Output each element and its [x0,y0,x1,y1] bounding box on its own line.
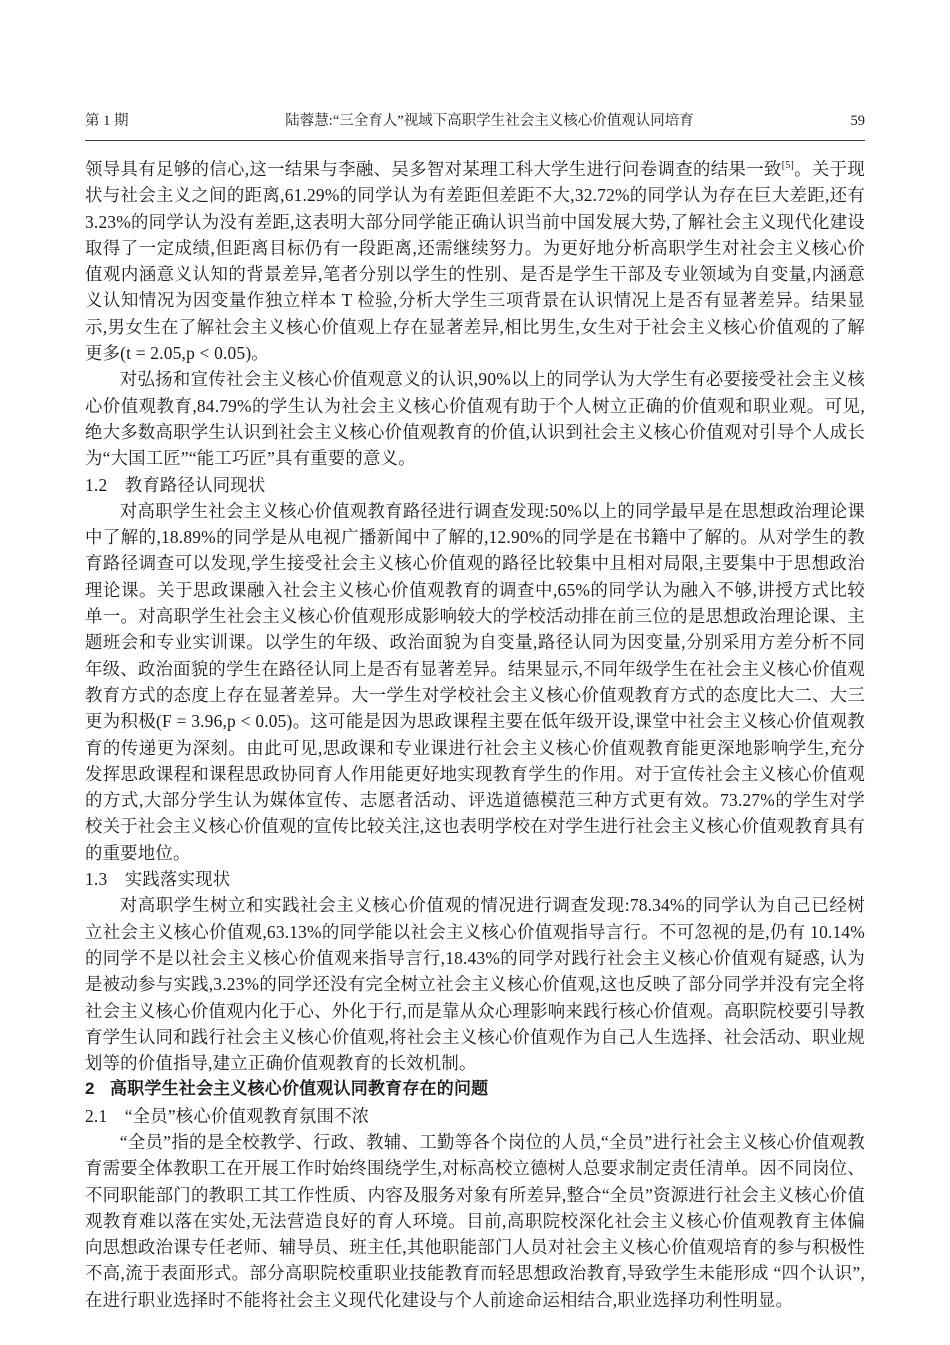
body-paragraph: 对弘扬和宣传社会主义核心价值观意义的认识,90%以上的同学认为大学生有必要接受社… [85,366,865,471]
running-head: 第 1 期 陆蓉慧:“三全育人”视域下高职学生社会主义核心价值观认同培育 59 [85,112,865,141]
section-number: 2.1 [85,1106,107,1126]
paragraph-text: 。关于现状与社会主义之间的距离,61.29%的同学认为有差距但差距不大,32.7… [85,159,865,363]
page-number: 59 [851,112,866,130]
section-title: 教育路径认同现状 [125,475,266,495]
section-number: 1.2 [85,475,107,495]
section-number: 2 [85,1079,95,1098]
section-title: “全员”核心价值观教育氛围不浓 [125,1106,370,1126]
body-paragraph: “全员”指的是全校教学、行政、教辅、工勤等各个岗位的人员,“全员”进行社会主义核… [85,1129,865,1313]
body-paragraph: 对高职学生树立和实践社会主义核心价值观的情况进行调查发现:78.34%的同学认为… [85,892,865,1076]
body-paragraph: 对高职学生社会主义核心价值观教育路径进行调查发现:50%以上的同学最早是在思想政… [85,498,865,866]
section-title: 实践落实现状 [125,869,231,889]
section-heading-1-3: 1.3实践落实现状 [85,866,865,892]
section-number: 1.3 [85,869,107,889]
article-body: 领导具有足够的信心,这一结果与李融、吴多智对某理工科大学生进行问卷调查的结果一致… [85,156,865,1313]
section-heading-2-1: 2.1“全员”核心价值观教育氛围不浓 [85,1103,865,1129]
body-paragraph: 领导具有足够的信心,这一结果与李融、吴多智对某理工科大学生进行问卷调查的结果一致… [85,156,865,366]
issue-number: 第 1 期 [85,112,129,130]
section-heading-2: 2高职学生社会主义核心价值观认同教育存在的问题 [85,1076,865,1102]
running-title: 陆蓉慧:“三全育人”视域下高职学生社会主义核心价值观认同培育 [129,112,851,130]
paragraph-text: 领导具有足够的信心,这一结果与李融、吴多智对某理工科大学生进行问卷调查的结果一致 [85,159,782,179]
section-title: 高职学生社会主义核心价值观认同教育存在的问题 [110,1079,488,1098]
citation-ref: [5] [782,160,794,171]
paper-page: 第 1 期 陆蓉慧:“三全育人”视域下高职学生社会主义核心价值观认同培育 59 … [0,0,950,1345]
section-heading-1-2: 1.2教育路径认同现状 [85,472,865,498]
